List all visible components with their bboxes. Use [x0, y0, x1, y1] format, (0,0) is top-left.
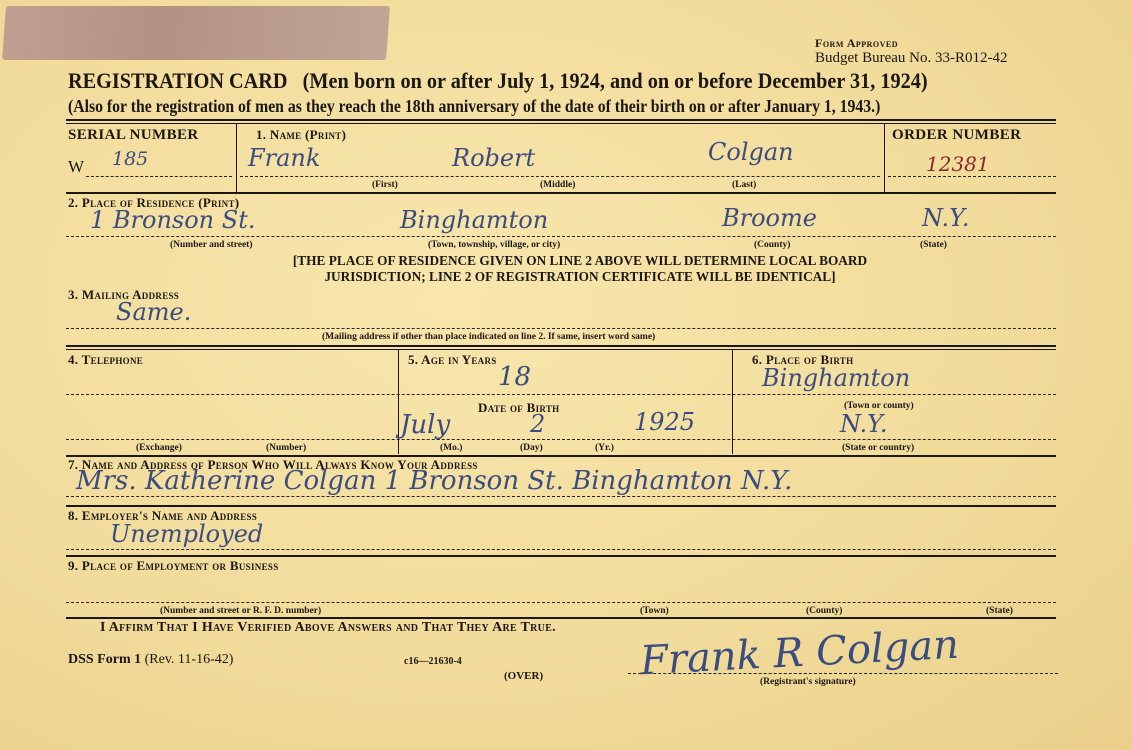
divider: [66, 505, 1056, 507]
employer-value: Unemployed: [110, 520, 263, 548]
employment-town-caption: (Town): [640, 606, 669, 616]
mailing-caption: (Mailing address if other than place ind…: [322, 332, 655, 342]
form-name: DSS Form 1: [68, 652, 141, 667]
contact-value: Mrs. Katherine Colgan 1 Bronson St. Bing…: [76, 466, 792, 496]
street-caption: (Number and street): [170, 240, 253, 250]
dob-month: July: [400, 410, 450, 440]
month-caption: (Mo.): [440, 443, 462, 453]
exchange-caption: (Exchange): [136, 443, 182, 453]
serial-label: SERIAL NUMBER: [68, 127, 199, 144]
state-caption: (State): [920, 240, 947, 250]
jurisdiction-notice: [THE PLACE OF RESIDENCE GIVEN ON LINE 2 …: [143, 254, 1017, 286]
town-caption: (Town, township, village, or city): [428, 240, 560, 250]
divider: [884, 124, 885, 192]
budget-bureau-number: Budget Bureau No. 33-R012-42: [815, 50, 1007, 67]
order-label: ORDER NUMBER: [892, 127, 1021, 144]
print-code: c16—21630-4: [404, 656, 462, 667]
stamp-mark: [2, 6, 390, 60]
affirmation-text: I Affirm That I Have Verified Above Answ…: [100, 620, 556, 636]
telephone-line-1: [66, 394, 1056, 395]
contact-line: [66, 496, 1056, 497]
middle-caption: (Middle): [540, 180, 575, 190]
employment-line: [66, 602, 1056, 603]
divider: [66, 345, 1056, 347]
telephone-label: 4. Telephone: [68, 352, 143, 368]
notice-line-1: [THE PLACE OF RESIDENCE GIVEN ON LINE 2 …: [143, 254, 1017, 270]
number-caption: (Number): [266, 443, 306, 453]
serial-value: 185: [112, 148, 148, 170]
county-caption: (County): [754, 240, 790, 250]
dob-day: 2: [530, 410, 545, 438]
notice-line-2: JURISDICTION; LINE 2 OF REGISTRATION CER…: [143, 270, 1017, 286]
employment-label: 9. Place of Employment or Business: [68, 558, 279, 574]
day-caption: (Day): [520, 443, 543, 453]
divider: [66, 349, 1056, 350]
divider: [66, 617, 1056, 619]
employment-state-caption: (State): [986, 606, 1013, 616]
serial-line: [86, 176, 232, 177]
dob-year: 1925: [634, 408, 695, 436]
divider: [66, 192, 1056, 194]
registration-card: Form Approved Budget Bureau No. 33-R012-…: [0, 0, 1132, 750]
form-revision: (Rev. 11-16-42): [145, 652, 234, 667]
divider: [66, 555, 1056, 557]
form-id: DSS Form 1 (Rev. 11-16-42): [68, 652, 233, 668]
last-caption: (Last): [732, 180, 756, 190]
year-caption: (Yr.): [595, 443, 614, 453]
title-text: REGISTRATION CARD: [68, 68, 287, 93]
birth-state-caption: (State or country): [842, 443, 914, 453]
divider: [66, 119, 1056, 121]
employer-line: [66, 549, 1056, 550]
page-title: REGISTRATION CARD (Men born on or after …: [68, 68, 928, 94]
over-label: (OVER): [504, 670, 543, 682]
first-name: Frank: [248, 144, 320, 172]
first-caption: (First): [372, 180, 398, 190]
residence-county: Broome: [722, 204, 817, 232]
birth-state: N.Y.: [840, 410, 887, 438]
dob-label: Date of Birth: [478, 400, 559, 416]
age-value: 18: [498, 362, 531, 392]
last-name: Colgan: [708, 138, 794, 166]
signature-caption: (Registrant's signature): [760, 677, 856, 687]
residence-town: Binghamton: [400, 206, 548, 234]
subtitle: (Also for the registration of men as the…: [68, 96, 880, 117]
name-line: [240, 176, 880, 177]
order-value: 12381: [926, 152, 990, 176]
employment-street-caption: (Number and street or R. F. D. number): [160, 606, 321, 616]
employment-county-caption: (County): [806, 606, 842, 616]
telephone-line-2: [66, 439, 1056, 440]
registrant-signature: Frank R Colgan: [639, 622, 960, 685]
mailing-line: [66, 328, 1056, 329]
form-approved: Form Approved: [815, 36, 898, 51]
residence-street: 1 Bronson St.: [90, 206, 255, 234]
middle-name: Robert: [452, 144, 535, 172]
age-label: 5. Age in Years: [408, 352, 497, 368]
residence-line: [66, 236, 1056, 237]
residence-state: N.Y.: [922, 204, 969, 232]
order-line: [888, 176, 1056, 177]
birth-town: Binghamton: [762, 364, 910, 392]
divider: [66, 123, 1056, 124]
name-label: 1. Name (Print): [256, 127, 346, 143]
divider: [236, 124, 237, 192]
title-range: (Men born on or after July 1, 1924, and …: [303, 68, 928, 93]
mailing-value: Same.: [116, 298, 191, 326]
serial-prefix: W: [68, 157, 84, 177]
